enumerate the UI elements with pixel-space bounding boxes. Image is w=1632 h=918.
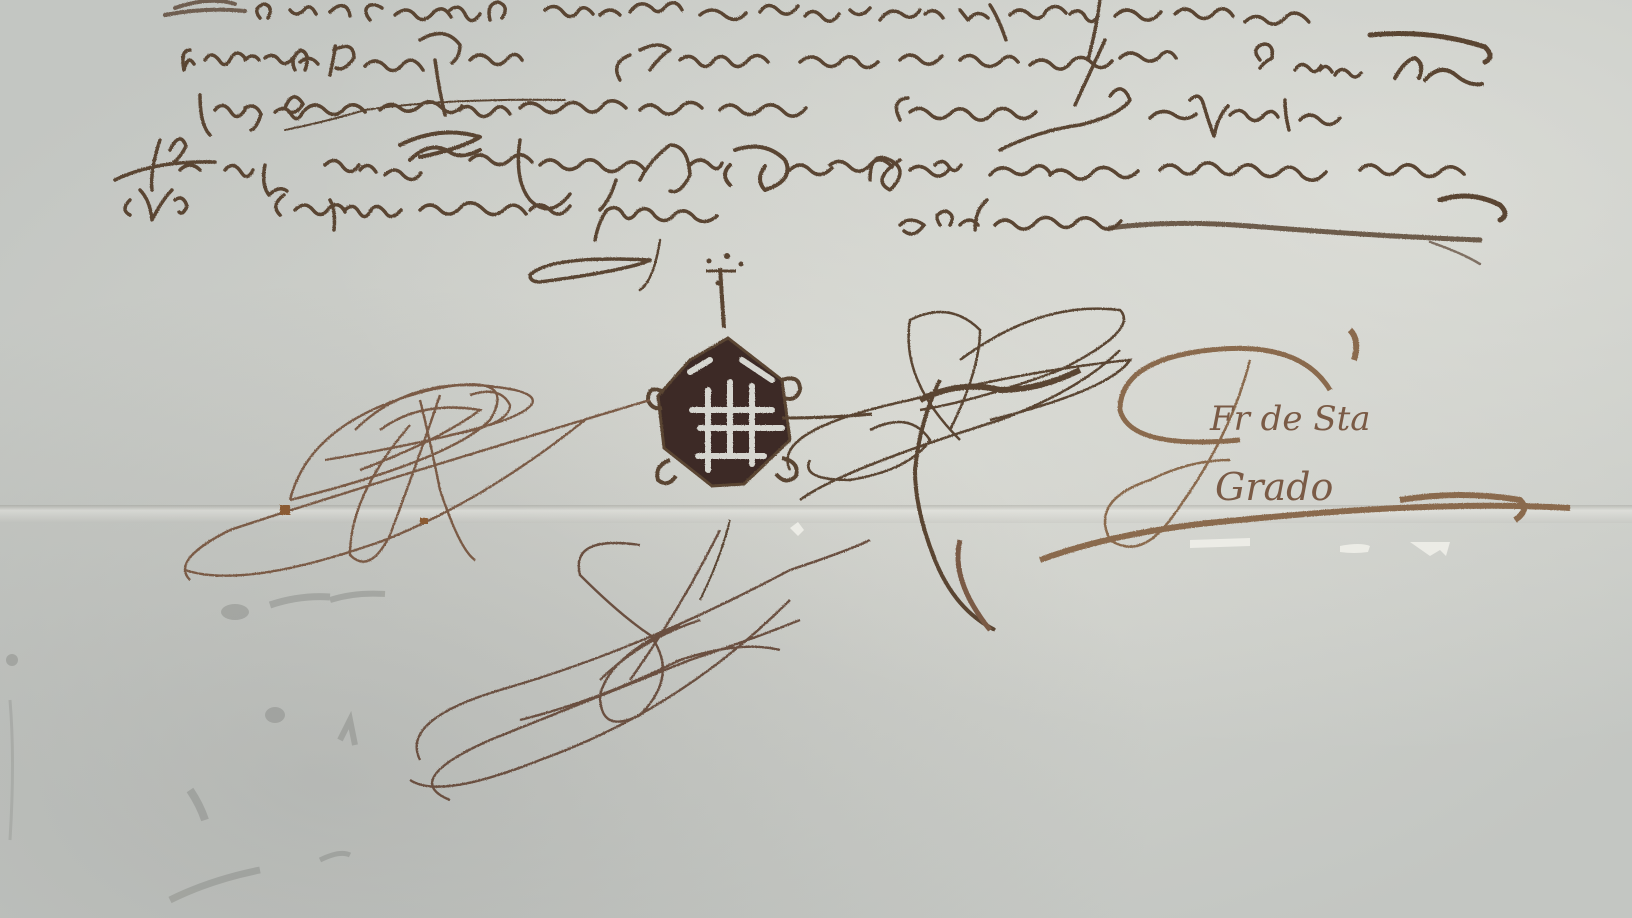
notarial-sign-icon (648, 253, 872, 600)
handwritten-text-block (115, 0, 1505, 290)
signature-center-rubric (788, 309, 1131, 630)
manuscript-page: ... a la ... ctal ... de a ... cal le ..… (0, 0, 1632, 918)
ink-drawing: Fr de Sta Grado (0, 0, 1632, 918)
signature-right-line1: Fr de Sta (1209, 399, 1371, 439)
signature-right-line2: Grado (1215, 465, 1333, 509)
signature-lower-rubric (410, 530, 870, 800)
signature-right-rubric (1040, 330, 1570, 560)
signature-left-rubric (185, 384, 650, 580)
signature-right-text: Fr de Sta Grado (1209, 399, 1371, 509)
bleed-through-marks (6, 594, 385, 900)
